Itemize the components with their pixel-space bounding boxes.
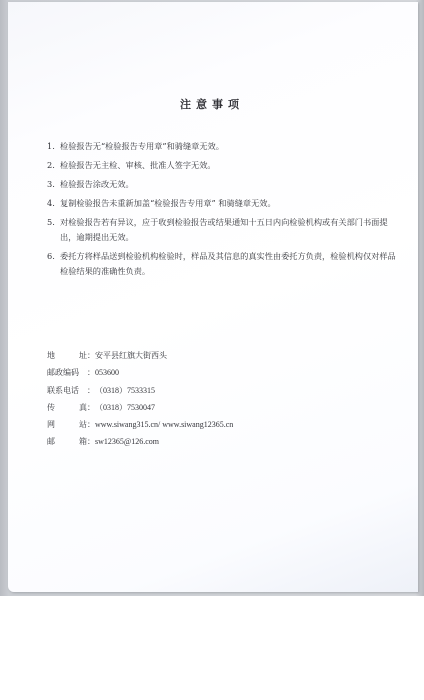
contact-value: www.siwang315.cn/ www.siwang12365.cn	[95, 419, 233, 430]
note-number: 2.	[47, 158, 60, 174]
contact-value: 安平县红旗大街西头	[95, 350, 167, 361]
page-title: 注意事项	[0, 96, 424, 112]
note-number: 4.	[47, 196, 60, 212]
note-item: 2. 检验报告无主检、审核、批准人签字无效。	[47, 158, 397, 174]
note-item: 5. 对检验报告若有异议，应于收到检验报告或结果通知十五日内向检验机构或有关部门…	[47, 215, 397, 246]
contact-label: 传真	[47, 402, 87, 413]
contact-label: 网站	[47, 419, 87, 430]
contact-label: 联系电话	[47, 385, 87, 396]
contact-value: （0318）7530047	[95, 402, 155, 413]
note-number: 5.	[47, 215, 60, 246]
note-text: 检验报告无主检、审核、批准人签字无效。	[60, 158, 397, 174]
contact-fax: 传真 ： （0318）7530047	[47, 402, 367, 413]
contact-website: 网站 ： www.siwang315.cn/ www.siwang12365.c…	[47, 419, 367, 430]
note-number: 3.	[47, 177, 60, 193]
contact-label: 邮箱	[47, 436, 87, 447]
note-text: 检验报告无“检验报告专用章”和骑缝章无效。	[60, 139, 397, 155]
note-text: 对检验报告若有异议，应于收到检验报告或结果通知十五日内向检验机构或有关部门书面提…	[60, 215, 397, 246]
contact-postcode: 邮政编码 ： 053600	[47, 367, 367, 378]
contact-email: 邮箱 ： sw12365@126.com	[47, 436, 367, 447]
note-number: 1.	[47, 139, 60, 155]
note-text: 复制检验报告未重新加盖“检验报告专用章” 和骑缝章无效。	[60, 196, 397, 212]
contact-value: （0318）7533315	[95, 385, 155, 396]
note-item: 6. 委托方将样品送到检验机构检验时，样品及其信息的真实性由委托方负责，检验机构…	[47, 249, 397, 280]
note-item: 4. 复制检验报告未重新加盖“检验报告专用章” 和骑缝章无效。	[47, 196, 397, 212]
contact-address: 地址 ： 安平县红旗大街西头	[47, 350, 367, 361]
contact-phone: 联系电话 ： （0318）7533315	[47, 385, 367, 396]
note-number: 6.	[47, 249, 60, 280]
notes-list: 1. 检验报告无“检验报告专用章”和骑缝章无效。 2. 检验报告无主检、审核、批…	[47, 139, 397, 283]
contact-value: 053600	[95, 367, 119, 378]
contact-label: 邮政编码	[47, 367, 87, 378]
contact-label: 地址	[47, 350, 87, 361]
note-text: 委托方将样品送到检验机构检验时，样品及其信息的真实性由委托方负责，检验机构仅对样…	[60, 249, 397, 280]
note-text: 检验报告涂改无效。	[60, 177, 397, 193]
note-item: 1. 检验报告无“检验报告专用章”和骑缝章无效。	[47, 139, 397, 155]
contact-info: 地址 ： 安平县红旗大街西头 邮政编码 ： 053600 联系电话 ： （031…	[47, 350, 367, 454]
note-item: 3. 检验报告涂改无效。	[47, 177, 397, 193]
contact-value: sw12365@126.com	[95, 436, 159, 447]
scanned-page	[8, 2, 418, 592]
